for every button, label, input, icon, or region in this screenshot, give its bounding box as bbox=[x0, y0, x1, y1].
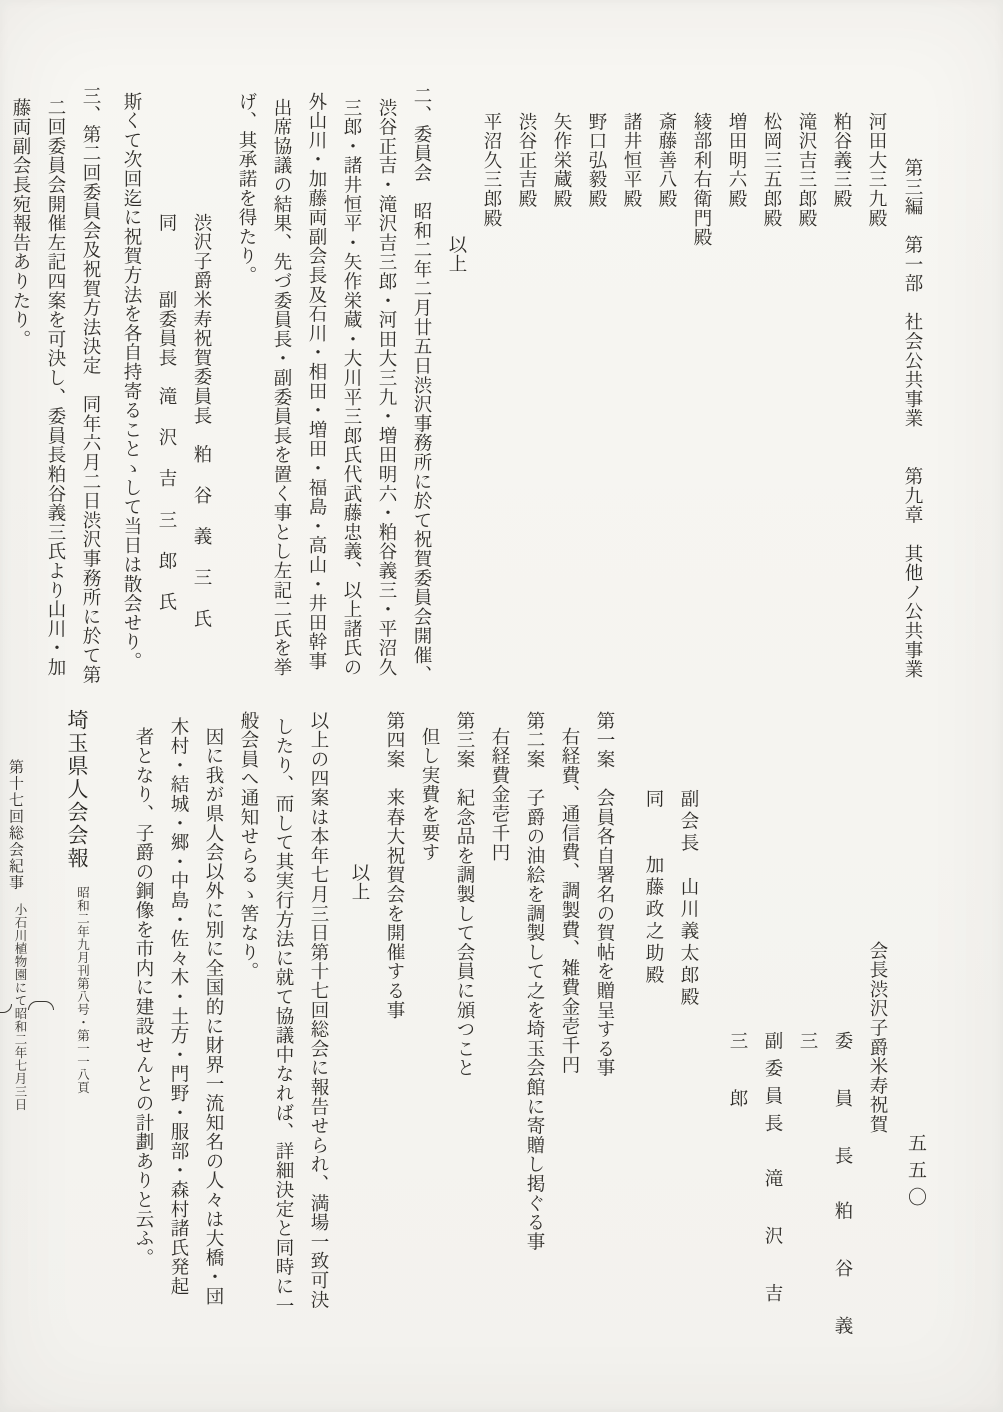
article-note: 昭和二年七月三日小石川植物園にて bbox=[0, 903, 54, 1111]
addressee-name: 綾部利右衛門殿 bbox=[684, 112, 719, 707]
addressee-name: 滝沢吉三郎殿 bbox=[789, 112, 824, 707]
vice-committee-head-line: 副委員長 滝 沢 吉 三 郎 bbox=[720, 703, 790, 1358]
section-header: 第三編 第一部 社会公共事業 第九章 其他ノ公共事業 bbox=[894, 82, 931, 707]
case-line: 第一案 会員各自署名の賀帖を贈呈する事 bbox=[587, 703, 622, 1358]
open-paren-arc bbox=[28, 1001, 54, 1010]
committee-head-line: 委 員 長 粕 谷 義 三 bbox=[790, 703, 860, 1358]
paragraph-line: 以上の四案は本年七月三日第十七回総会に報告せられ、満場一致可決 bbox=[301, 703, 336, 1358]
article-title: 第十七回総会紀事 bbox=[7, 759, 25, 891]
source-line: 埼玉県人会会報第八号・第一一八頁昭和二年九月刊 bbox=[54, 703, 100, 1358]
chairman-appointment-line: 渋沢子爵米寿祝賀委員長 粕 谷 義 三 氏 bbox=[184, 82, 219, 707]
addressee-column-4: 矢作栄蔵殿 渋谷正吉殿 平沼久三郎殿 bbox=[474, 82, 579, 707]
paragraph-line: 斯くて次回迄に祝賀方法を各自持寄ることゝして当日は散会せり。 bbox=[114, 82, 149, 707]
addressee-name: 斎藤善八殿 bbox=[649, 112, 684, 258]
paragraph-line: 者となり、子爵の銅像を市内に建設せんとの計劃ありと云ふ。 bbox=[126, 703, 161, 1358]
source-title: 埼玉県人会会報 bbox=[65, 709, 89, 870]
addressee-name: 諸井恒平殿 bbox=[614, 112, 649, 262]
end-mark: 以上 bbox=[342, 703, 377, 1358]
paragraph-line: 出席協議の結果、先づ委員長・副委員長を置く事とし左記二氏を挙 bbox=[264, 82, 299, 707]
case-line: 第四案 来春大祝賀会を開催する事 bbox=[377, 703, 412, 1358]
case-line: 第二案 子爵の油絵を調製して之を埼玉会館に寄贈し掲ぐる事 bbox=[517, 703, 552, 1358]
vice-president-line: 副会長 山川義太郎殿 bbox=[671, 703, 706, 1358]
document-page: 五五〇 第三編 第一部 社会公共事業 第九章 其他ノ公共事業 河田大三九殿 粕谷… bbox=[0, 0, 1003, 1412]
paragraph-line: 三、第二回委員会及祝賀方法決定 同年六月二日渋沢事務所に於て第 bbox=[73, 82, 108, 707]
paragraph-line: 木村・結城・郷・中島・佐々木・土方・門野・服部・森村諸氏発起 bbox=[161, 703, 196, 1358]
addressee-name: 渋谷正吉殿 bbox=[509, 112, 544, 262]
close-paren-arc bbox=[0, 1004, 12, 1013]
top-section: 第三編 第一部 社会公共事業 第九章 其他ノ公共事業 河田大三九殿 粕谷義三殿 … bbox=[69, 82, 931, 707]
article-date: 昭和二年七月三日 bbox=[12, 1007, 28, 1111]
paragraph-line: 二、委員会 昭和二年二月廿五日渋沢事務所に於て祝賀委員会開催、 bbox=[404, 82, 439, 707]
case-line: 第三案 紀念品を調製して会員に頒つこと bbox=[447, 703, 482, 1358]
paragraph-line: 三郎・諸井恒平・矢作栄蔵・大川平三郎氏代武藤忠義、以上諸氏の bbox=[334, 82, 369, 707]
source-issue: 第八号・第一一八頁 bbox=[75, 977, 91, 1094]
addressee-name: 野口弘毅殿 bbox=[579, 112, 614, 707]
addressee-column-3: 斎藤善八殿 諸井恒平殿 野口弘毅殿 bbox=[579, 82, 684, 707]
report-heading-line: 〇会長渋沢子爵米寿祝賀方法委員会決議報告 bbox=[0, 82, 3, 707]
expense-line: 右経費金壱千円 bbox=[482, 703, 517, 1358]
addressee-column-1: 河田大三九殿 粕谷義三殿 滝沢吉三郎殿 bbox=[789, 82, 894, 707]
source-published: 昭和二年九月刊 bbox=[75, 886, 91, 977]
paragraph-line: したり、而して其実行方法に就て協議中なれば、詳細決定と同時に一 bbox=[266, 703, 301, 1358]
addressee-name: 粕谷義三殿 bbox=[824, 112, 859, 262]
celebration-title-line: 会長渋沢子爵米寿祝賀 bbox=[860, 703, 895, 1358]
expense-line: 但し実費を要す bbox=[412, 703, 447, 1358]
page-number: 五五〇 bbox=[903, 1133, 930, 1214]
paragraph-line: 藤両副会長宛報告ありたり。 bbox=[3, 82, 38, 707]
expense-line: 右経費、通信費、調製費、雑費金壱千円 bbox=[552, 703, 587, 1358]
vice-chairman-appointment-line: 同 副委員長 滝 沢 吉 三 郎 氏 bbox=[149, 82, 184, 707]
addressee-name: 矢作栄蔵殿 bbox=[544, 112, 579, 258]
article-line: 第十七回総会紀事昭和二年七月三日小石川植物園にて bbox=[0, 703, 54, 1358]
paragraph-line: 般会員へ通知せらるゝ筈なり。 bbox=[231, 703, 266, 1358]
addressee-name: 増田明六殿 bbox=[719, 112, 754, 262]
vice-president-line: 同 加藤政之助殿 bbox=[636, 703, 671, 1358]
addressee-name: 松岡三五郎殿 bbox=[754, 112, 789, 258]
addressee-column-2: 松岡三五郎殿 増田明六殿 綾部利右衛門殿 bbox=[684, 82, 789, 707]
addressee-name: 河田大三九殿 bbox=[859, 112, 894, 258]
paragraph-line: 外山川・加藤両副会長及石川・相田・増田・福島・高山・井田幹事 bbox=[299, 82, 334, 707]
paragraph-line: 渋谷正吉・滝沢吉三郎・河田大三九・増田明六・粕谷義三・平沼久 bbox=[369, 82, 404, 707]
paragraph-line: 二回委員会開催左記四案を可決し、委員長粕谷義三氏より山川・加 bbox=[38, 82, 73, 707]
bottom-section: 会長渋沢子爵米寿祝賀 委 員 長 粕 谷 義 三 副委員長 滝 沢 吉 三 郎 … bbox=[63, 703, 895, 1358]
end-mark: 以上 bbox=[439, 82, 474, 707]
paragraph-line: げ、其承諾を得たり。 bbox=[229, 82, 264, 707]
article-place: 小石川植物園にて bbox=[12, 903, 28, 1007]
paragraph-line: 因に我が県人会以外に別に全国的に財界一流知名の人々は大橋・団 bbox=[196, 703, 231, 1358]
source-note: 第八号・第一一八頁昭和二年九月刊 bbox=[75, 886, 91, 1094]
addressee-name: 平沼久三郎殿 bbox=[474, 112, 509, 707]
